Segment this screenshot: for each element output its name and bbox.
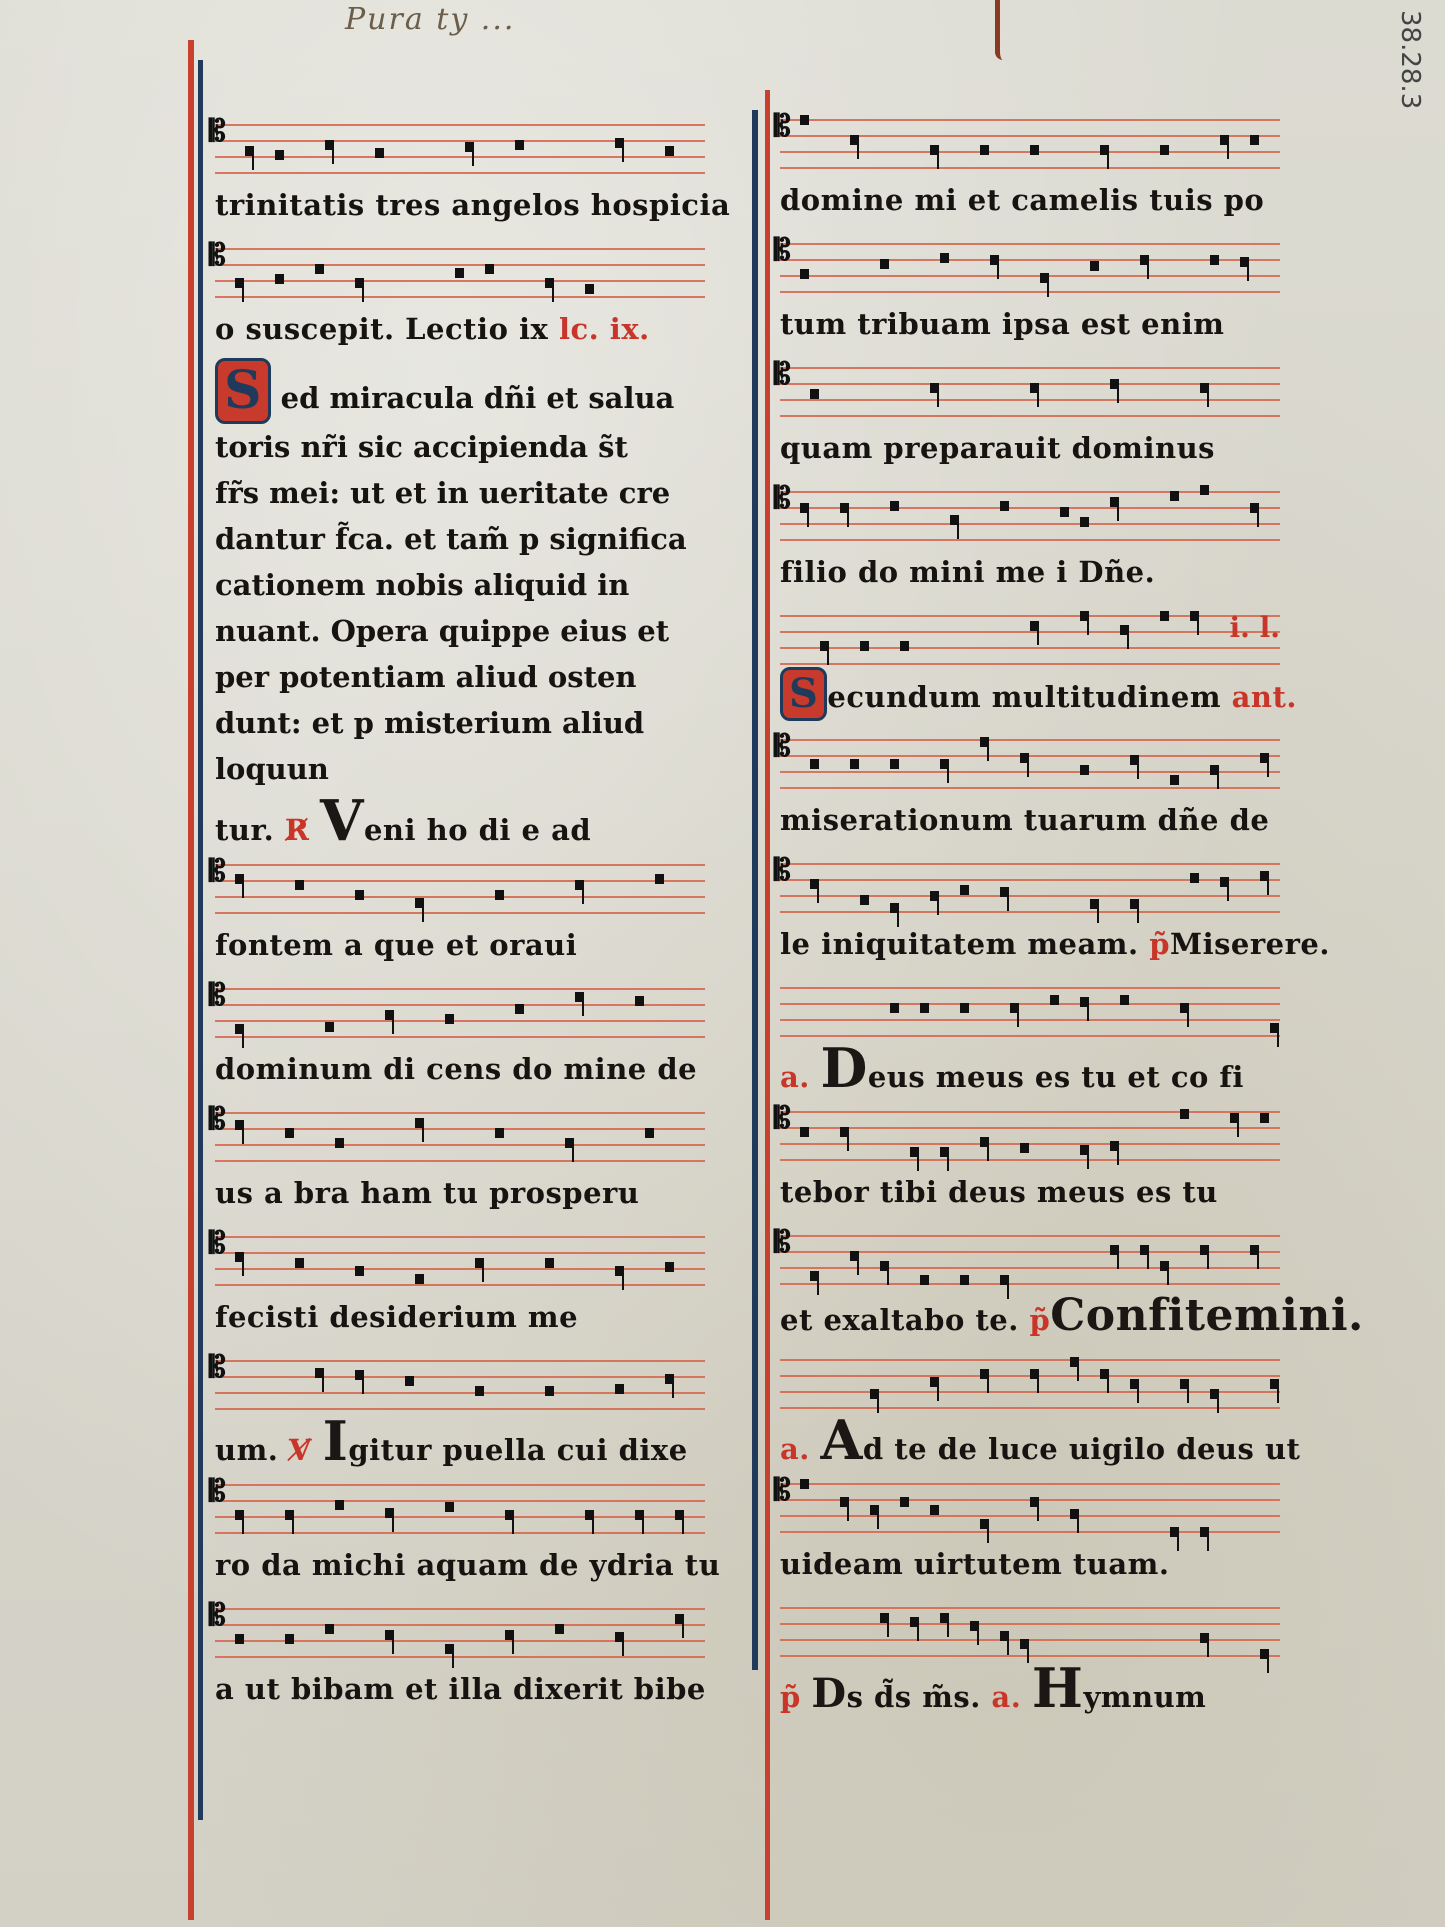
initial-c: Confitemini. <box>1050 1287 1364 1345</box>
lyric-line: et exaltabo te. p̃Confitemini. <box>780 1287 1280 1345</box>
psalm-rubric: p̃ <box>1029 1303 1050 1337</box>
lectio-rubric: lc. ix. <box>559 312 650 346</box>
top-marginal-annotation: Pura ty ... <box>345 2 515 37</box>
c-clef-icon: 𝄡 <box>774 109 791 144</box>
prose-line: nuant. Opera quippe eius et <box>215 608 705 654</box>
music-system: p̃ Ds d̃s m̃s. a. Hymnum <box>780 1593 1280 1717</box>
initial-i: I <box>323 1412 349 1470</box>
lyric-line: o suscepit. Lectio ix lc. ix. <box>215 300 705 358</box>
lyric-line: le iniquitatem meam. p̃Miserere. <box>780 915 1280 973</box>
c-clef-icon: 𝄡 <box>774 233 791 268</box>
prose-line: dunt: et p misterium aliud <box>215 700 705 746</box>
c-clef-icon: 𝄡 <box>209 1350 226 1385</box>
staff: 𝄡 <box>780 849 1280 915</box>
staff: 𝄡 <box>780 725 1280 791</box>
lyric-line: filio do mini me i Dñe. <box>780 543 1280 601</box>
c-clef-icon: 𝄡 <box>209 238 226 273</box>
initial-d: D <box>821 1039 868 1097</box>
lyric-line: quam preparauit dominus <box>780 419 1280 477</box>
lyric-line: miserationum tuarum dñe de <box>780 791 1280 849</box>
rubric-mark: i. l. <box>1229 611 1280 644</box>
music-system: a. Deus meus es tu et co fi <box>780 973 1280 1097</box>
psalm-rubric: p̃ <box>780 1680 801 1714</box>
lyric-line: a. Deus meus es tu et co fi <box>780 1039 1280 1097</box>
staff <box>780 973 1280 1039</box>
lyric-line: tur. R̸ Veni ho di e ad <box>215 792 705 850</box>
staff: 𝄡 <box>215 850 705 916</box>
music-system: 𝄡 us a bra ham tu prosperu <box>215 1098 705 1222</box>
lyric-line: domine mi et camelis tuis po <box>780 171 1280 229</box>
c-clef-icon: 𝄡 <box>774 729 791 764</box>
lyric-line: tebor tibi deus meus es tu <box>780 1163 1280 1221</box>
decorated-initial-s: S <box>780 667 827 721</box>
music-system: a. Ad te de luce uigilo deus ut <box>780 1345 1280 1469</box>
prose-line: fr̃s mei: ut et in ueritate cre <box>215 470 705 516</box>
initial-d: D <box>811 1665 846 1723</box>
right-column: 𝄡 domine mi et camelis tuis po 𝄡 tum tri… <box>780 105 1280 1717</box>
prose-line: per potentiam aliud osten <box>215 654 705 700</box>
c-clef-icon: 𝄡 <box>209 1102 226 1137</box>
manuscript-page: Pura ty ... 38.28.3 𝄡 trinitatis tres an… <box>0 0 1445 1927</box>
lyric-line: a ut bibam et illa dixerit bibe <box>215 1660 705 1718</box>
antiphon-rubric: a. <box>780 1432 810 1466</box>
lyric-line: us a bra ham tu prosperu <box>215 1164 705 1222</box>
music-system: 𝄡 domine mi et camelis tuis po <box>780 105 1280 229</box>
prose-line: cationem nobis aliquid in <box>215 562 705 608</box>
staff: 𝄡 <box>780 229 1280 295</box>
initial-v: V <box>320 792 364 850</box>
lyric-line: uideam uirtutem tuam. <box>780 1535 1280 1593</box>
music-system: 𝄡 fecisti desiderium me <box>215 1222 705 1346</box>
c-clef-icon: 𝄡 <box>774 1225 791 1260</box>
middle-border-blue <box>752 110 758 1670</box>
c-clef-icon: 𝄡 <box>774 1473 791 1508</box>
lyric-line: Secundum multitudinem ant. <box>780 667 1280 725</box>
antiphon-rubric: ant. <box>1232 680 1297 714</box>
c-clef-icon: 𝄡 <box>774 853 791 888</box>
music-system: 𝄡 trinitatis tres angelos hospicia <box>215 110 705 234</box>
staff: 𝄡 <box>215 1098 705 1164</box>
lyric-line: dominum di cens do mine de <box>215 1040 705 1098</box>
staff: 𝄡 <box>215 974 705 1040</box>
lyric-line: ro da michi aquam de ydria tu <box>215 1536 705 1594</box>
c-clef-icon: 𝄡 <box>209 1598 226 1633</box>
top-red-mark <box>995 0 1012 60</box>
music-system: 𝄡 o suscepit. Lectio ix lc. ix. <box>215 234 705 358</box>
psalm-rubric: p̃ <box>1149 927 1170 961</box>
music-system: i. l. Secundum multitudinem ant. <box>780 601 1280 725</box>
decorated-initial-s: S <box>215 358 271 424</box>
music-system: 𝄡 um. V̸ Igitur puella cui dixe <box>215 1346 705 1470</box>
music-system: 𝄡 dominum di cens do mine de <box>215 974 705 1098</box>
responsory-rubric: R̸ <box>285 813 310 847</box>
music-system: 𝄡 fontem a que et oraui <box>215 850 705 974</box>
staff: 𝄡 <box>215 234 705 300</box>
staff: 𝄡 <box>780 1221 1280 1287</box>
staff <box>780 1345 1280 1411</box>
staff: 𝄡 <box>780 353 1280 419</box>
staff: 𝄡 <box>215 110 705 176</box>
music-system: 𝄡 et exaltabo te. p̃Confitemini. <box>780 1221 1280 1345</box>
staff: 𝄡 <box>780 105 1280 171</box>
staff: 𝄡 <box>215 1222 705 1288</box>
left-border-red <box>188 40 194 1920</box>
prose-line: S ed miracula dñi et salua <box>215 358 705 424</box>
music-system: 𝄡 filio do mini me i Dñe. <box>780 477 1280 601</box>
music-system: 𝄡 uideam uirtutem tuam. <box>780 1469 1280 1593</box>
lyric-line: a. Ad te de luce uigilo deus ut <box>780 1411 1280 1469</box>
lyric-line: tum tribuam ipsa est enim <box>780 295 1280 353</box>
music-system: 𝄡 le iniquitatem meam. p̃Miserere. <box>780 849 1280 973</box>
prose-line: loquun <box>215 746 705 792</box>
c-clef-icon: 𝄡 <box>209 854 226 889</box>
staff: 𝄡 <box>780 1097 1280 1163</box>
c-clef-icon: 𝄡 <box>774 357 791 392</box>
prose-line: toris nr̃i sic accipienda s̃t <box>215 424 705 470</box>
initial-h: H <box>1032 1659 1084 1717</box>
antiphon-rubric: a. <box>780 1060 810 1094</box>
music-system: 𝄡 tebor tibi deus meus es tu <box>780 1097 1280 1221</box>
shelfmark-annotation: 38.28.3 <box>1395 10 1425 109</box>
antiphon-rubric: a. <box>991 1680 1021 1714</box>
c-clef-icon: 𝄡 <box>774 481 791 516</box>
music-system: 𝄡 tum tribuam ipsa est enim <box>780 229 1280 353</box>
lection-text: S ed miracula dñi et salua toris nr̃i si… <box>215 358 705 792</box>
music-system: 𝄡 miserationum tuarum dñe de <box>780 725 1280 849</box>
staff: 𝄡 <box>215 1346 705 1412</box>
c-clef-icon: 𝄡 <box>774 1101 791 1136</box>
c-clef-icon: 𝄡 <box>209 1226 226 1261</box>
lyric-line: p̃ Ds d̃s m̃s. a. Hymnum <box>780 1659 1280 1717</box>
music-system: 𝄡 quam preparauit dominus <box>780 353 1280 477</box>
staff: 𝄡 <box>780 1469 1280 1535</box>
staff: i. l. <box>780 601 1280 667</box>
music-system: 𝄡 ro da michi aquam de ydria tu <box>215 1470 705 1594</box>
c-clef-icon: 𝄡 <box>209 114 226 149</box>
lyric-line: fecisti desiderium me <box>215 1288 705 1346</box>
versicle-rubric: V̸ <box>289 1433 312 1467</box>
initial-a: A <box>821 1411 863 1469</box>
lyric-line: um. V̸ Igitur puella cui dixe <box>215 1412 705 1470</box>
music-system: 𝄡 a ut bibam et illa dixerit bibe <box>215 1594 705 1718</box>
c-clef-icon: 𝄡 <box>209 978 226 1013</box>
lyric-line: trinitatis tres angelos hospicia <box>215 176 705 234</box>
c-clef-icon: 𝄡 <box>209 1474 226 1509</box>
lyric-line: fontem a que et oraui <box>215 916 705 974</box>
staff: 𝄡 <box>215 1594 705 1660</box>
staff <box>780 1593 1280 1659</box>
staff: 𝄡 <box>780 477 1280 543</box>
staff: 𝄡 <box>215 1470 705 1536</box>
middle-border-red <box>765 90 770 1920</box>
prose-line: dantur f̃ca. et tam̃ p significa <box>215 516 705 562</box>
left-border-blue <box>198 60 203 1820</box>
left-column: 𝄡 trinitatis tres angelos hospicia 𝄡 o s… <box>215 110 705 1718</box>
